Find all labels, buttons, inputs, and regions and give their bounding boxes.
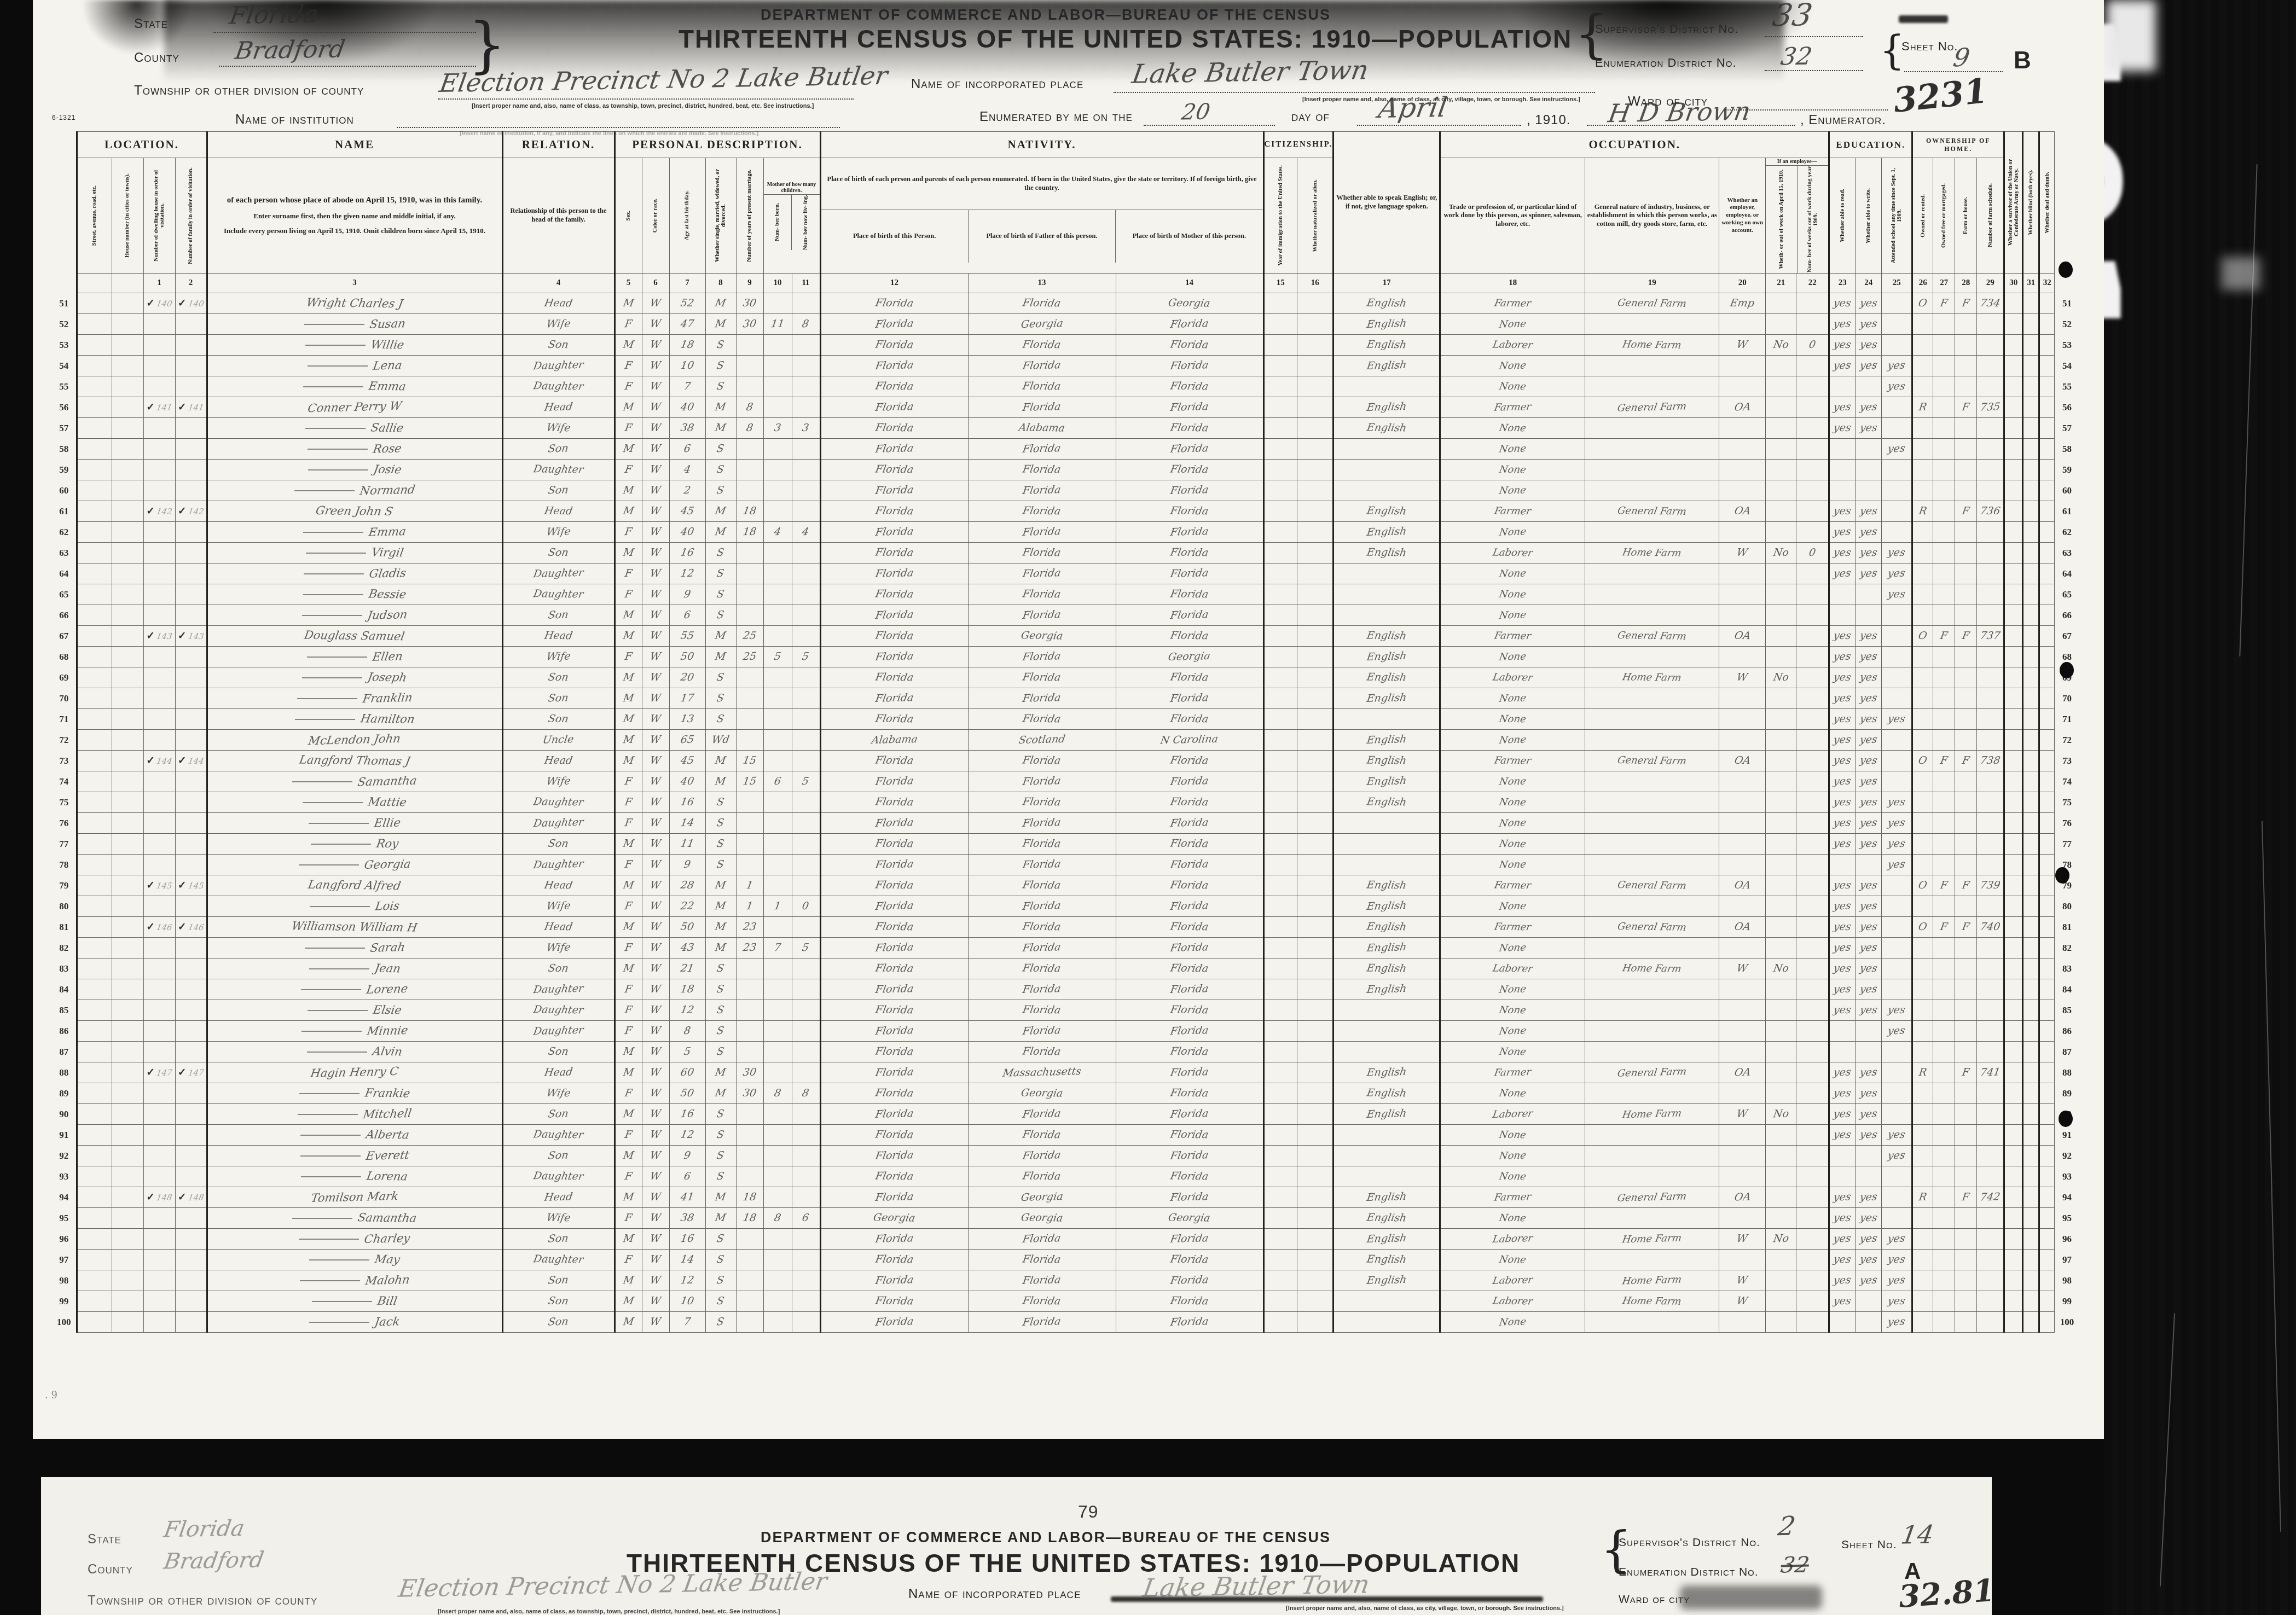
cell-fs [1977, 896, 2004, 917]
cell-yr [736, 605, 763, 626]
line-number-right: 100 [2055, 1312, 2079, 1333]
cell-fm: ✓143 [175, 626, 207, 647]
cell-sx: F [614, 647, 642, 667]
cell-ow [1912, 958, 1933, 979]
cell-cl: 6 [792, 1208, 820, 1229]
cell-pf: Georgia [968, 626, 1116, 647]
cell-en [1333, 709, 1440, 730]
cell-rd [1829, 439, 1856, 460]
cell-oc: None [1440, 1208, 1585, 1229]
cell-em [1719, 792, 1766, 813]
cell-st [77, 792, 112, 813]
table-row: 63VirgilSonMW16SFloridaFloridaFloridaEng… [52, 543, 2079, 563]
brace: { [1880, 27, 1905, 73]
cell-na [1297, 1166, 1333, 1187]
cell-en: English [1333, 418, 1440, 439]
cell-ou [1766, 1291, 1796, 1312]
farm-house-column-header: Farm or house. [1955, 158, 1977, 274]
enumerated-by-label: Enumerated by me on the [979, 109, 1133, 125]
cell-cl: 0 [792, 896, 820, 917]
cell-nm: Jack [207, 1312, 502, 1333]
cell-fs [1977, 1083, 2004, 1104]
cell-nm: Lena [207, 356, 502, 376]
line-number-left: 51 [52, 293, 77, 314]
column-number: 5 [614, 274, 642, 293]
cell-sx: F [614, 771, 642, 792]
cell-oc: Farmer [1440, 1062, 1585, 1083]
cell-st [77, 1083, 112, 1104]
cell-em [1719, 834, 1766, 855]
cell-bl [2023, 958, 2039, 979]
cell-df [2039, 792, 2055, 813]
cell-na [1297, 501, 1333, 522]
cell-yr: 8 [736, 418, 763, 439]
cell-rl: Daughter [502, 1000, 614, 1021]
ink-smudge [1899, 15, 1948, 23]
cell-em [1719, 896, 1766, 917]
line-number-left: 72 [52, 730, 77, 751]
cell-fh [1955, 356, 1977, 376]
cell-rl: Wife [502, 1208, 614, 1229]
cell-oc: None [1440, 314, 1585, 335]
cell-ow [1912, 688, 1933, 709]
cell-rd: yes [1829, 418, 1856, 439]
column-number: 1 [143, 274, 175, 293]
line-number-left: 55 [52, 376, 77, 397]
checkmark: ✓ [178, 1192, 187, 1203]
cell-dw [143, 1208, 175, 1229]
cell-of [1933, 1104, 1955, 1125]
cell-df [2039, 1250, 2055, 1270]
cell-wr: yes [1856, 626, 1882, 647]
cell-yr [736, 688, 763, 709]
cell-mr: S [705, 543, 736, 563]
cell-fm: ✓142 [175, 501, 207, 522]
line-number-left: 60 [52, 480, 77, 501]
cell-sc: yes [1882, 563, 1912, 584]
cell-sx: F [614, 563, 642, 584]
table-row: 72McLendon JohnUncleMW65WdAlabamaScotlan… [52, 730, 2079, 751]
cell-cr: W [642, 397, 669, 418]
cell-mr: S [705, 1146, 736, 1166]
line-number-left: 75 [52, 792, 77, 813]
cell-cl [792, 1042, 820, 1062]
cell-ag: 50 [669, 1083, 705, 1104]
line-number-right: 63 [2055, 543, 2079, 563]
cell-cr: W [642, 376, 669, 397]
cell-oc: None [1440, 1250, 1585, 1270]
cell-pb: Florida [820, 1125, 968, 1146]
table-row: 76EllieDaughterFW14SFloridaFloridaFlorid… [52, 813, 2079, 834]
ditto-mark [295, 719, 355, 720]
line-number-left: 59 [52, 460, 77, 480]
cell-of [1933, 855, 1955, 875]
cell-wk [1796, 1270, 1829, 1291]
cell-ou [1766, 1000, 1796, 1021]
film-registration-dot [2059, 262, 2073, 278]
cell-of [1933, 563, 1955, 584]
cell-hs [112, 667, 143, 688]
name-group-header: NAME [207, 132, 502, 158]
cell-cr: W [642, 1291, 669, 1312]
cell-wk [1796, 834, 1829, 855]
cell-df [2039, 480, 2055, 501]
cell-fm [175, 480, 207, 501]
cell-wr: yes [1856, 667, 1882, 688]
township-instruction: [Insert proper name and, also, name of c… [472, 103, 814, 109]
cell-dw [143, 1083, 175, 1104]
cell-wk [1796, 1166, 1829, 1187]
cell-wr: yes [1856, 730, 1882, 751]
cell-pm: Florida [1116, 875, 1263, 896]
cell-im [1263, 1083, 1297, 1104]
cell-cl [792, 688, 820, 709]
cell-dw [143, 522, 175, 543]
cell-cr: W [642, 917, 669, 938]
cell-fm [175, 709, 207, 730]
cell-yr: 1 [736, 875, 763, 896]
cell-sv [2004, 543, 2023, 563]
incorporated-place-value: Lake Butler Town [1130, 55, 1371, 89]
cell-ag: 40 [669, 522, 705, 543]
cell-cr: W [642, 605, 669, 626]
cell-em [1719, 1042, 1766, 1062]
cell-fh [1955, 1021, 1977, 1042]
cell-sc [1882, 605, 1912, 626]
cell-hs [112, 688, 143, 709]
cell-yr [736, 543, 763, 563]
cell-dw [143, 771, 175, 792]
cell-sc [1882, 460, 1912, 480]
enumerated-day-value: 20 [1180, 100, 1211, 125]
column-number: 32 [2039, 274, 2055, 293]
p2-census-title: THIRTEENTH CENSUS OF THE UNITED STATES: … [627, 1548, 1520, 1578]
cell-cr: W [642, 626, 669, 647]
cell-pb: Florida [820, 1312, 968, 1333]
cell-in: Home Farm [1585, 543, 1719, 563]
cell-sv [2004, 563, 2023, 584]
cell-sx: F [614, 460, 642, 480]
cell-in [1585, 376, 1719, 397]
cell-mr: M [705, 522, 736, 543]
cell-st [77, 917, 112, 938]
table-row: 78GeorgiaDaughterFW9SFloridaFloridaFlori… [52, 855, 2079, 875]
ditto-mark [305, 948, 365, 949]
cell-ow [1912, 418, 1933, 439]
cell-fh [1955, 647, 1977, 667]
cell-rd: yes [1829, 958, 1856, 979]
cell-st [77, 1125, 112, 1146]
cell-rl: Son [502, 1104, 614, 1125]
cell-pf: Georgia [968, 314, 1116, 335]
cell-fm [175, 376, 207, 397]
ditto-mark [303, 802, 363, 803]
cell-yr [736, 667, 763, 688]
cell-ou: No [1766, 1229, 1796, 1250]
cell-pm: Florida [1116, 896, 1263, 917]
cell-wk [1796, 1146, 1829, 1166]
cell-wr: yes [1856, 1187, 1882, 1208]
cell-mr: S [705, 480, 736, 501]
cell-cl [792, 1187, 820, 1208]
immigration-column-header: Year of immigration to the United States… [1263, 158, 1297, 274]
cell-em: Emp [1719, 293, 1766, 314]
cell-cb [763, 958, 792, 979]
cell-in: Home Farm [1585, 1229, 1719, 1250]
cell-cr: W [642, 1229, 669, 1250]
cell-fm [175, 1208, 207, 1229]
cell-st [77, 439, 112, 460]
cell-yr [736, 855, 763, 875]
table-row: 98MalohnSonMW12SFloridaFloridaFloridaEng… [52, 1270, 2079, 1291]
line-number-left: 92 [52, 1146, 77, 1166]
p2-enumeration-district-value: 32 [1779, 1553, 1811, 1578]
cell-mr: S [705, 563, 736, 584]
line-number-left: 63 [52, 543, 77, 563]
cell-of [1933, 522, 1955, 543]
column-number: 20 [1719, 274, 1766, 293]
cell-dw [143, 1042, 175, 1062]
cell-bl [2023, 1042, 2039, 1062]
cell-ow: O [1912, 751, 1933, 771]
cell-pf: Georgia [968, 1208, 1116, 1229]
table-row: 97MayDaughterFW14SFloridaFloridaFloridaE… [52, 1250, 2079, 1270]
cell-in: General Farm [1585, 917, 1719, 938]
ditto-mark [307, 1052, 367, 1053]
cell-in: General Farm [1585, 626, 1719, 647]
cell-bl [2023, 522, 2039, 543]
cell-in [1585, 418, 1719, 439]
cell-rd: yes [1829, 709, 1856, 730]
cell-wr: yes [1856, 501, 1882, 522]
cell-pf: Florida [968, 1291, 1116, 1312]
cell-bl [2023, 460, 2039, 480]
line-number-right: 55 [2055, 376, 2079, 397]
cell-hs [112, 626, 143, 647]
cell-sv [2004, 792, 2023, 813]
county-line [219, 66, 476, 67]
cell-dw [143, 460, 175, 480]
cell-sx: M [614, 688, 642, 709]
cell-fh [1955, 792, 1977, 813]
cell-wr: yes [1856, 813, 1882, 834]
cell-en: English [1333, 1229, 1440, 1250]
cell-fh [1955, 855, 1977, 875]
cell-st [77, 1042, 112, 1062]
p2-incorporated-instruction: [Insert proper name and, also, name of c… [1286, 1605, 1564, 1612]
cell-sx: F [614, 813, 642, 834]
cell-na [1297, 896, 1333, 917]
cell-mr: M [705, 875, 736, 896]
cell-pm: Florida [1116, 771, 1263, 792]
cell-cb [763, 709, 792, 730]
line-number-left: 71 [52, 709, 77, 730]
cell-cb [763, 376, 792, 397]
cell-of [1933, 376, 1955, 397]
cell-oc: None [1440, 1000, 1585, 1021]
cell-ou [1766, 1146, 1796, 1166]
cell-im [1263, 314, 1297, 335]
cell-cl [792, 1021, 820, 1042]
cell-rd: yes [1829, 1062, 1856, 1083]
table-row: 90MitchellSonMW16SFloridaFloridaFloridaE… [52, 1104, 2079, 1125]
cell-pb: Florida [820, 460, 968, 480]
ditto-mark [305, 345, 366, 346]
cell-ag: 16 [669, 543, 705, 563]
cell-im [1263, 522, 1297, 543]
table-row: 59JosieDaughterFW4SFloridaFloridaFlorida… [52, 460, 2079, 480]
cell-en [1333, 563, 1440, 584]
cell-cl [792, 501, 820, 522]
cell-hs [112, 584, 143, 605]
column-number: 30 [2004, 274, 2023, 293]
cell-na [1297, 834, 1333, 855]
industry-column-header: General nature of industry, business, or… [1585, 158, 1719, 274]
cell-pf: Florida [968, 501, 1116, 522]
column-number: 4 [502, 274, 614, 293]
cell-rl: Head [502, 751, 614, 771]
column-number: 31 [2023, 274, 2039, 293]
cell-ag: 43 [669, 938, 705, 958]
cell-pb: Florida [820, 293, 968, 314]
cell-cl [792, 1125, 820, 1146]
cell-nm: Lorena [207, 1166, 502, 1187]
cell-rd: yes [1829, 771, 1856, 792]
cell-yr: 23 [736, 938, 763, 958]
cell-wk: 0 [1796, 335, 1829, 356]
read-column-header: Whether able to read. [1829, 158, 1856, 274]
cell-sc [1882, 1042, 1912, 1062]
enumerated-day-line [1144, 125, 1275, 126]
cell-wr [1856, 460, 1882, 480]
cell-yr [736, 563, 763, 584]
cell-wk [1796, 1229, 1829, 1250]
cell-rd: yes [1829, 938, 1856, 958]
cell-em: W [1719, 1270, 1766, 1291]
cell-cr: W [642, 314, 669, 335]
cell-hs [112, 605, 143, 626]
film-registration-dot [2060, 662, 2074, 678]
table-row: 83JeanSonMW21SFloridaFloridaFloridaEngli… [52, 958, 2079, 979]
cell-fm: ✓147 [175, 1062, 207, 1083]
cell-sv [2004, 730, 2023, 751]
cell-pf: Florida [968, 1250, 1116, 1270]
cell-pf: Scotland [968, 730, 1116, 751]
table-row: 61✓142✓142Green John SHeadMW45M18Florida… [52, 501, 2079, 522]
cell-pb: Florida [820, 896, 968, 917]
table-row: 57SallieWifeFW38M833FloridaAlabamaFlorid… [52, 418, 2079, 439]
cell-fm [175, 543, 207, 563]
line-number-left: 67 [52, 626, 77, 647]
cell-oc: Laborer [1440, 1270, 1585, 1291]
cell-cl [792, 605, 820, 626]
cell-bl [2023, 563, 2039, 584]
table-row: 93LorenaDaughterFW6SFloridaFloridaFlorid… [52, 1166, 2079, 1187]
cell-sv [2004, 501, 2023, 522]
cell-pm: Florida [1116, 480, 1263, 501]
cell-yr: 30 [736, 1062, 763, 1083]
cell-sc [1882, 917, 1912, 938]
cell-em [1719, 439, 1766, 460]
cell-sx: M [614, 1062, 642, 1083]
cell-wr: yes [1856, 314, 1882, 335]
line-number-right: 99 [2055, 1291, 2079, 1312]
ditto-mark [300, 1155, 361, 1157]
ditto-mark [305, 428, 366, 429]
cell-im [1263, 543, 1297, 563]
cell-ou [1766, 522, 1796, 543]
ditto-mark [308, 365, 368, 367]
checkmark: ✓ [178, 506, 187, 517]
line-number-right: 91 [2055, 1125, 2079, 1146]
cell-df [2039, 1042, 2055, 1062]
cell-ow [1912, 522, 1933, 543]
cell-ou [1766, 397, 1796, 418]
cell-of [1933, 480, 1955, 501]
cell-cb [763, 792, 792, 813]
cell-mr: S [705, 605, 736, 626]
cell-cb [763, 688, 792, 709]
cell-st [77, 771, 112, 792]
cell-ou [1766, 356, 1796, 376]
column-number: 16 [1297, 274, 1333, 293]
cell-fs: 742 [1977, 1187, 2004, 1208]
cell-cl [792, 563, 820, 584]
cell-in [1585, 771, 1719, 792]
cell-of [1933, 1166, 1955, 1187]
cell-fs [1977, 979, 2004, 1000]
census-title: THIRTEENTH CENSUS OF THE UNITED STATES: … [679, 24, 1572, 54]
line-number-right: 52 [2055, 314, 2079, 335]
cell-nm: Langford Thomas J [207, 751, 502, 771]
county-value: Bradford [233, 35, 347, 65]
cell-rd: yes [1829, 917, 1856, 938]
sheet-letter: B [2014, 47, 2032, 74]
cell-yr [736, 834, 763, 855]
cell-cb [763, 1312, 792, 1333]
cell-em [1719, 376, 1766, 397]
line-number-right: 97 [2055, 1250, 2079, 1270]
cell-na [1297, 439, 1333, 460]
cell-wr [1856, 1291, 1882, 1312]
cell-en: English [1333, 979, 1440, 1000]
cell-sv [2004, 439, 2023, 460]
cell-pm: Florida [1116, 1270, 1263, 1291]
cell-sx: M [614, 335, 642, 356]
cell-fh [1955, 1166, 1977, 1187]
cell-rd: yes [1829, 563, 1856, 584]
cell-cl [792, 792, 820, 813]
line-number-left: 95 [52, 1208, 77, 1229]
cell-sc: yes [1882, 1312, 1912, 1333]
cell-im [1263, 563, 1297, 584]
cell-ag: 45 [669, 751, 705, 771]
cell-rl: Son [502, 667, 614, 688]
table-row: 69JosephSonMW20SFloridaFloridaFloridaEng… [52, 667, 2079, 688]
film-registration-dot [2055, 867, 2069, 884]
cell-dw [143, 1146, 175, 1166]
cell-dw [143, 1021, 175, 1042]
line-number-right: 66 [2055, 605, 2079, 626]
cell-em [1719, 813, 1766, 834]
cell-pb: Florida [820, 709, 968, 730]
line-number-left: 65 [52, 584, 77, 605]
ditto-mark [312, 1301, 372, 1302]
line-number-left: 57 [52, 418, 77, 439]
cell-im [1263, 958, 1297, 979]
cell-im [1263, 1312, 1297, 1333]
cell-wr: yes [1856, 1229, 1882, 1250]
